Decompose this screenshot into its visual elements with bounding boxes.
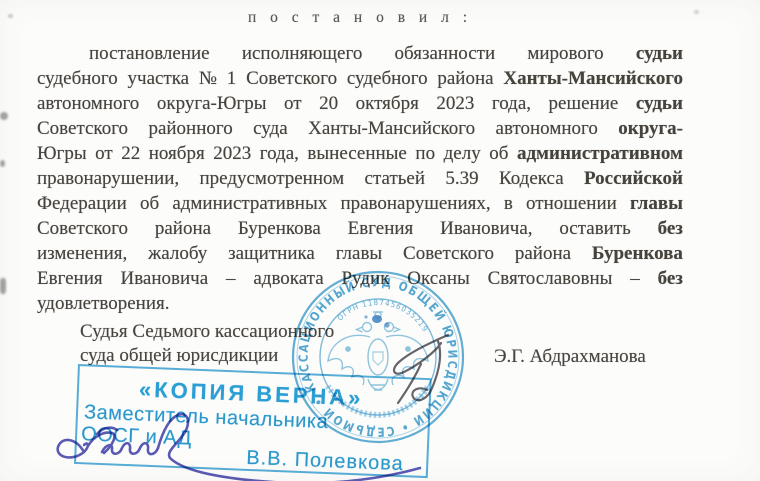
body-line: СоветскогорайонногосудаХанты-Мансийского… — [37, 116, 683, 141]
body-line: постановлениеисполняющегообязанностимиро… — [37, 41, 683, 66]
court-round-seal: КАССАЦИОННЫЙ СУД ОБЩЕЙ ЮРИСДИКЦИИ • СЕДЬ… — [278, 257, 478, 457]
coat-of-arms-emblem — [328, 312, 428, 390]
body-line: СоветскогорайонаБуренковаЕвгенияИванович… — [37, 216, 683, 241]
seal-outer-ring — [293, 272, 463, 442]
stamp-department-line: ООСГ и АД — [81, 423, 193, 450]
scan-artifact — [0, 112, 8, 120]
seal-ink-blotch — [364, 315, 389, 328]
body-line: судебногоучастка№1Советскогосудебногорай… — [37, 66, 683, 91]
resolution-header: п о с т а н о в и л : — [37, 9, 683, 27]
body-line: правонарушении,предусмотренномстатьей5.3… — [37, 166, 683, 191]
scan-artifact — [0, 278, 6, 294]
scan-artifact — [8, 14, 13, 18]
body-line: Федерацииобадминистративныхправонарушени… — [37, 191, 683, 216]
scanned-court-document: п о с т а н о в и л : постановлениеиспол… — [0, 0, 760, 481]
scan-artifact — [694, 10, 699, 14]
judge-name: Э.Г. Абдрахманова — [494, 346, 646, 368]
body-line: автономногоокруга-Югрыот20октября2023год… — [37, 91, 683, 116]
scan-artifact — [0, 160, 5, 167]
body-line: Югрыот22ноября2023года,вынесенныеподелуо… — [37, 141, 683, 166]
seal-ring-text: КАССАЦИОННЫЙ СУД ОБЩЕЙ ЮРИСДИКЦИИ • СЕДЬ… — [286, 265, 470, 449]
